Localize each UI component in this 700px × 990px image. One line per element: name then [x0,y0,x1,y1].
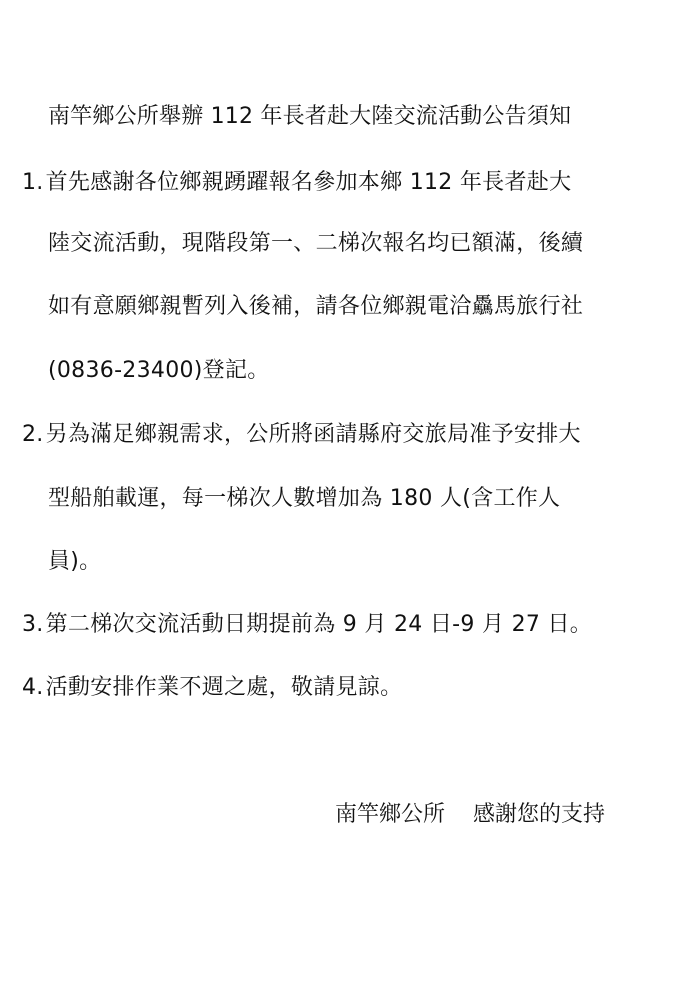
item-text: 第二梯次交流活動日期提前為 9 月 24 日-9 月 27 日。 [46,612,592,637]
document-title: 南竿鄉公所舉辦 112 年長者赴大陸交流活動公告須知 [48,102,571,132]
issuer-name: 南竿鄉公所 [335,802,445,827]
item-text: 另為滿足鄉親需求，公所將函請縣府交旅局准予安排大 [46,422,581,447]
item-number: 4. [22,673,44,703]
item-2-line-1: 2.另為滿足鄉親需求，公所將函請縣府交旅局准予安排大 [22,420,581,450]
closing-text: 感謝您的支持 [473,802,605,827]
item-3-line-1: 3.第二梯次交流活動日期提前為 9 月 24 日-9 月 27 日。 [22,610,592,640]
document-footer: 南竿鄉公所感謝您的支持 [335,800,605,830]
item-1-line-2: 陸交流活動，現階段第一、二梯次報名均已額滿，後續 [48,229,583,259]
item-number: 2. [22,420,44,450]
item-number: 1. [22,168,44,198]
item-1-line-4: (0836-23400)登記。 [48,356,270,386]
item-1-line-3: 如有意願鄉親暫列入後補，請各位鄉親電洽驫馬旅行社 [48,292,583,322]
item-1-line-1: 1.首先感謝各位鄉親踴躍報名參加本鄉 112 年長者赴大 [22,168,571,198]
item-text: 首先感謝各位鄉親踴躍報名參加本鄉 112 年長者赴大 [46,170,572,195]
announcement-document: 南竿鄉公所舉辦 112 年長者赴大陸交流活動公告須知 1.首先感謝各位鄉親踴躍報… [0,0,700,990]
item-4-line-1: 4.活動安排作業不週之處，敬請見諒。 [22,673,402,703]
item-2-line-3: 員)。 [48,547,101,577]
item-2-line-2: 型船舶載運，每一梯次人數增加為 180 人(含工作人 [48,484,560,514]
item-number: 3. [22,610,44,640]
item-text: 活動安排作業不週之處，敬請見諒。 [46,675,403,700]
